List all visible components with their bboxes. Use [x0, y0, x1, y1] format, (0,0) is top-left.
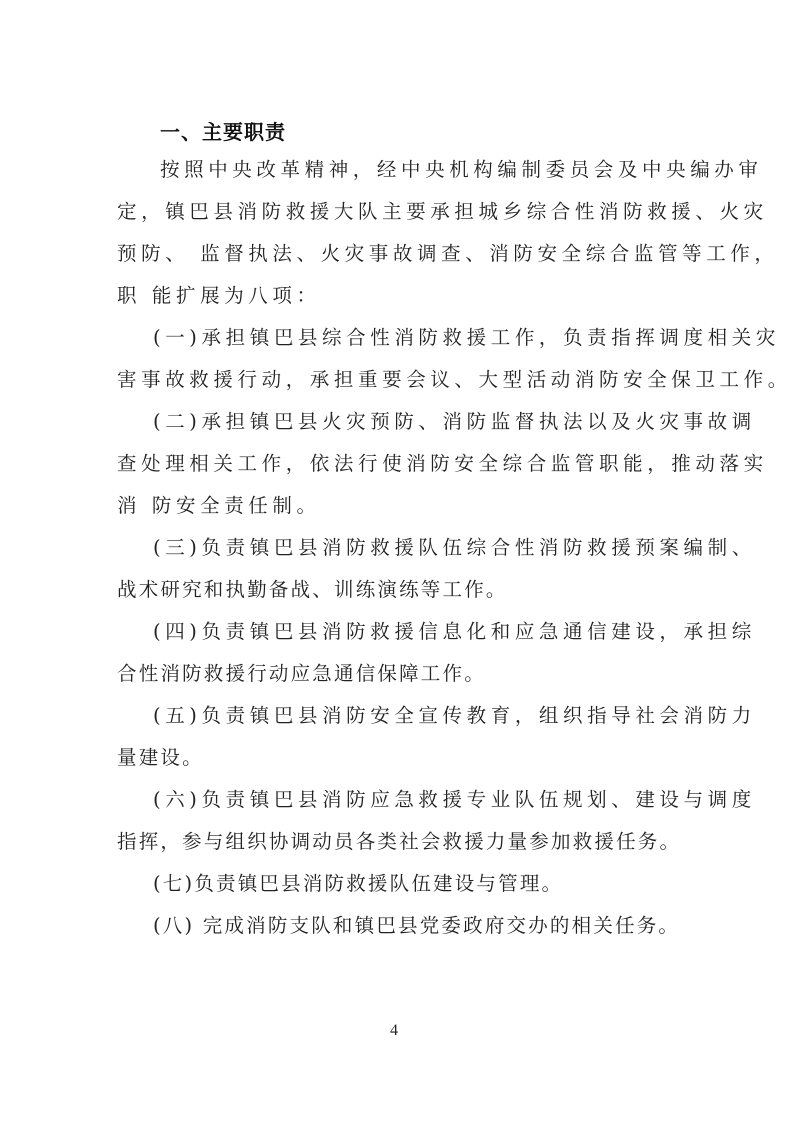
intro-line-2: 定，镇巴县消防救援大队主要承担城乡综合性消防救援、火灾 [117, 196, 768, 224]
item-6-line-1: (六)负责镇巴县消防应急救援专业队伍规划、建设与调度 [153, 784, 756, 812]
item-1-line-2: 害事故救援行动，承担重要会议、大型活动消防安全保卫工作。 [117, 364, 792, 392]
item-6-line-2: 指挥，参与组织协调动员各类社会救援力量参加救援任务。 [117, 826, 681, 854]
item-4-line-1: (四)负责镇巴县消防救援信息化和应急通信建设，承担综 [153, 616, 756, 644]
document-page: 一、主要职责 按照中央改革精神，经中央机构编制委员会及中央编办审 定，镇巴县消防… [0, 0, 793, 1122]
item-3-line-2: 战术研究和执勤备战、训练演练等工作。 [117, 574, 508, 602]
section-heading: 一、主要职责 [160, 116, 286, 145]
item-1-line-1: (一)承担镇巴县综合性消防救援工作，负责指挥调度相关灾 [153, 322, 780, 350]
item-3-line-1: (三)负责镇巴县消防救援队伍综合性消防救援预案编制、 [153, 532, 756, 560]
item-2-line-1: (二)承担镇巴县火灾预防、消防监督执法以及火灾事故调 [153, 406, 756, 434]
item-5-line-2: 量建设。 [117, 742, 204, 770]
item-7-line-1: (七)负责镇巴县消防救援队伍建设与管理。 [153, 868, 563, 896]
intro-line-1: 按照中央改革精神，经中央机构编制委员会及中央编办审 [160, 154, 763, 182]
item-8-line-1: (八) 完成消防支队和镇巴县党委政府交办的相关任务。 [153, 910, 680, 938]
intro-line-3: 预防、 监督执法、火灾事故调查、消防安全综合监管等工作， [117, 238, 779, 266]
item-5-line-1: (五)负责镇巴县消防安全宣传教育，组织指导社会消防力 [153, 700, 756, 728]
page-number: 4 [390, 1022, 398, 1040]
item-2-line-3: 消 防安全责任制。 [117, 490, 321, 518]
intro-line-4: 职 能扩展为八项： [117, 280, 321, 308]
item-4-line-2: 合性消防救援行动应急通信保障工作。 [117, 658, 486, 686]
item-2-line-2: 查处理相关工作，依法行使消防安全综合监管职能，推动落实 [117, 448, 768, 476]
